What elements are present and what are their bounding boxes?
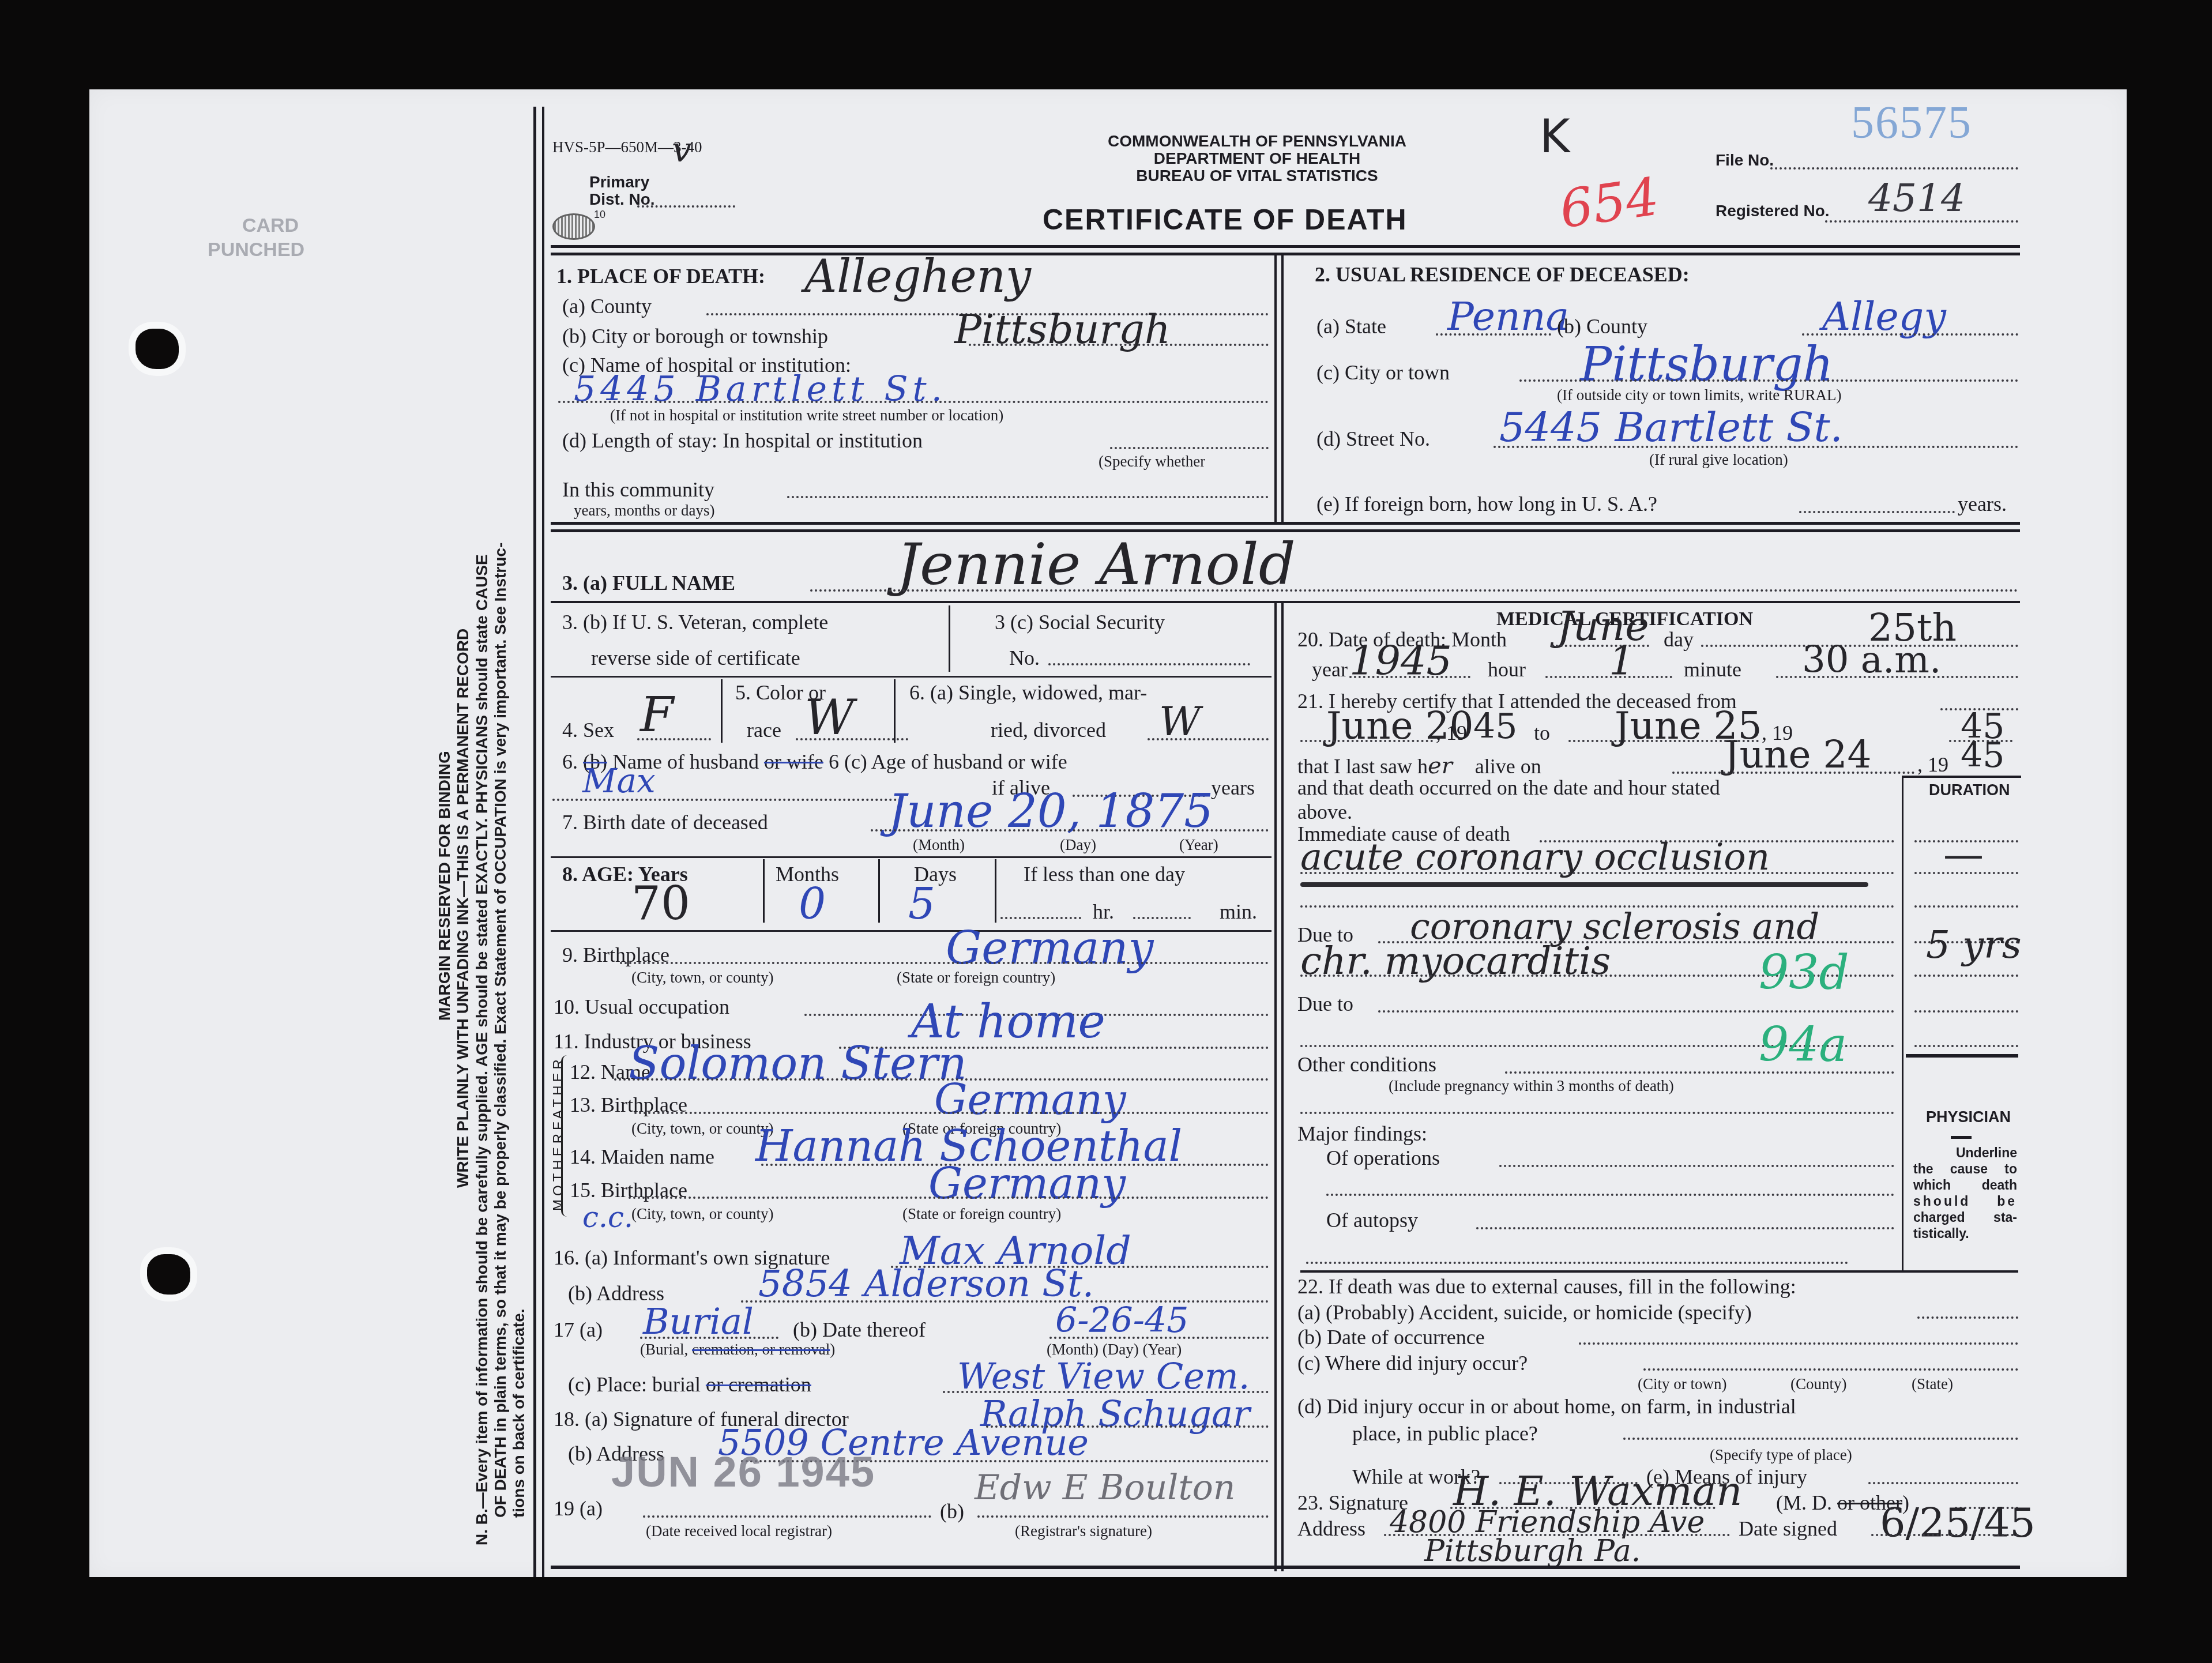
duration-heading: DURATION (1929, 781, 2010, 799)
age-months-value: 0 (799, 879, 826, 929)
community-hint: years, months or days) (574, 502, 714, 520)
marital-label-2: ried, divorced (991, 718, 1106, 742)
check-mark-annotation: v (672, 130, 691, 170)
due-to-1-duration: 5 yrs (1926, 923, 2022, 967)
form-left-border-inner (542, 107, 544, 1577)
major-findings-label: Major findings: (1297, 1122, 1427, 1146)
due-to-field-2[interactable] (1378, 1010, 1894, 1013)
attended-from-year: 45 (1473, 706, 1517, 747)
age-months-divider (763, 859, 765, 923)
registered-no-label: Registered No. (1716, 202, 1830, 220)
residence-street-label: (d) Street No. (1316, 427, 1430, 451)
informant-address-value: 5854 Alderson St. (758, 1263, 1094, 1305)
header-rule (551, 245, 2020, 248)
place-of-death-hospital-field[interactable] (558, 401, 1269, 403)
death-year-label: year (1312, 657, 1348, 682)
informant-address-field[interactable] (741, 1300, 1269, 1303)
occupation-label: 10. Usual occupation (554, 995, 729, 1019)
disposition-method-field[interactable] (640, 1337, 778, 1339)
father-name-value: Solomon Stern (629, 1038, 967, 1090)
full-name-value: Jennie Arnold (897, 530, 1296, 598)
father-birthplace-hint-city: (City, town, or county) (631, 1120, 773, 1138)
duration-mid-rule (1906, 1054, 2018, 1058)
residence-state-field[interactable] (1436, 333, 1551, 336)
death-hour-field[interactable] (1545, 676, 1672, 678)
immediate-duration-value: — (1943, 830, 1984, 878)
spouse-name-value: Max (582, 761, 656, 800)
duration-field-6[interactable] (1914, 1010, 2018, 1013)
section-divider (1274, 254, 1277, 522)
external-d-label-2: place, in public place? (1352, 1421, 1538, 1446)
registrar-date-hint: (Date received local registrar) (646, 1522, 832, 1540)
external-c-field[interactable] (1643, 1368, 2018, 1371)
foreign-born-field[interactable] (1799, 511, 1955, 513)
age-hr-label: hr. (1093, 900, 1114, 924)
residence-city-label: (c) City or town (1316, 360, 1450, 385)
residence-city-field[interactable] (1519, 379, 2018, 382)
physician-address-label: Address (1297, 1517, 1365, 1541)
margin-binding-note: MARGIN RESERVED FOR BINDING (435, 751, 454, 1021)
mother-birthplace-field[interactable] (629, 1197, 1269, 1199)
place-of-death-city-label: (b) City or borough or township (562, 324, 828, 348)
external-b-label: (b) Date of occurrence (1297, 1325, 1485, 1349)
date-signed-label: Date signed (1739, 1517, 1837, 1541)
spouse-name-field[interactable] (552, 799, 901, 801)
external-d-hint: (Specify type of place) (1710, 1446, 1852, 1464)
duration-field-5[interactable] (1914, 975, 2018, 977)
margin-nb-line2: OF DEATH in plain terms, so that it may … (491, 543, 510, 1518)
ssn-label-2: No. (1009, 646, 1040, 670)
disposition-date-value: 6-26-45 (1055, 1300, 1188, 1341)
certificate-title: CERTIFICATE OF DEATH (1043, 203, 1408, 236)
dist-no-field[interactable] (637, 205, 735, 208)
death-day-label: day (1664, 627, 1694, 652)
last-saw-date-value: June 24 (1724, 732, 1872, 777)
birthplace-field[interactable] (620, 962, 1269, 964)
veteran-label-1: 3. (b) If U. S. Veteran, complete (562, 610, 828, 634)
age-hours-field[interactable] (1000, 917, 1081, 919)
community-field[interactable] (787, 496, 1269, 498)
duration-field-3[interactable] (1914, 905, 2018, 908)
place-of-death-hospital-value: 5445 Bartlett St. (574, 369, 947, 409)
race-field[interactable] (796, 738, 908, 740)
place-of-death-heading: 1. PLACE OF DEATH: (556, 264, 765, 288)
issuer-line-3: BUREAU OF VITAL STATISTICS (1038, 167, 1476, 185)
operations-field[interactable] (1499, 1165, 1894, 1167)
death-minute-value: 30 a.m. (1802, 639, 1941, 682)
registered-no-field[interactable] (1825, 220, 2018, 223)
father-birthplace-value: Germany (934, 1075, 1126, 1124)
mother-birthplace-value: Germany (928, 1159, 1126, 1209)
registrar-signature-hint: (Registrar's signature) (1015, 1522, 1152, 1540)
sex-field[interactable] (637, 738, 711, 740)
classification-code-1: 93d (1759, 946, 1849, 1000)
other-conditions-field[interactable] (1505, 1071, 1894, 1074)
row-rule-7 (551, 856, 1271, 858)
age-minutes-field[interactable] (1133, 917, 1191, 919)
disposition-label: 17 (a) (554, 1318, 603, 1342)
veteran-ssn-divider (949, 605, 950, 672)
main-column-divider (1274, 603, 1277, 1571)
full-name-field[interactable] (810, 589, 2018, 592)
attended-from-year-prefix: , 19 (1436, 721, 1467, 745)
occurred-label-2: above. (1297, 800, 1352, 824)
autopsy-field-2[interactable] (1306, 1262, 1848, 1264)
parents-bracket (561, 1055, 569, 1217)
veteran-label-2: reverse side of certificate (591, 646, 800, 670)
last-saw-year-prefix: , 19 (1917, 753, 1948, 777)
other-conditions-hint: (Include pregnancy within 3 months of de… (1389, 1077, 1674, 1095)
registrar-signature-field[interactable] (977, 1515, 1269, 1518)
margin-nb-line3: tions on back of certificate. (510, 1308, 528, 1518)
autopsy-label: Of autopsy (1326, 1208, 1418, 1232)
issuer-line-2: DEPARTMENT OF HEALTH (1038, 150, 1476, 167)
disposition-date-field[interactable] (1049, 1337, 1269, 1339)
mother-birthplace-hint-city: (City, town, or county) (631, 1205, 773, 1223)
mother-birthplace-hint-state: (State or foreign country) (902, 1205, 1061, 1223)
attended-from-field[interactable] (1300, 740, 1433, 742)
disposition-place-label: (c) Place: burial or cremation (568, 1372, 811, 1397)
death-month-value: June (1557, 603, 1649, 650)
physician-note: Underline the cause to which death shoul… (1913, 1145, 2017, 1241)
age-less-divider (995, 859, 996, 923)
external-top-rule (1300, 1270, 2018, 1273)
name-rule (551, 601, 2020, 603)
file-no-label: File No. (1716, 151, 1774, 170)
age-min-label: min. (1220, 900, 1257, 924)
residence-county-field[interactable] (1802, 333, 2018, 336)
birth-date-field[interactable] (871, 829, 1269, 831)
section-rule-1 (551, 522, 2020, 525)
form-left-border (533, 107, 536, 1577)
classification-code-2: 94a (1759, 1018, 1847, 1073)
birth-hint-month: (Month) (913, 836, 965, 854)
spouse-age-suffix: years (1211, 776, 1255, 800)
k-annotation: K (1540, 110, 1570, 163)
sex-value: F (640, 686, 674, 743)
card-punched-stamp: CARD PUNCHED (208, 213, 304, 262)
race-value: W (804, 689, 854, 746)
date-signed-value: 6/25/45 (1880, 1499, 2036, 1547)
external-a-field[interactable] (1917, 1316, 2018, 1319)
header-rule-2 (551, 253, 2020, 255)
immediate-cause-underline (1300, 882, 1868, 887)
other-conditions-field-2[interactable] (1300, 1112, 1894, 1114)
age-days-value: 5 (908, 879, 935, 929)
mother-maiden-label: 14. Maiden name (570, 1145, 714, 1169)
birth-hint-year: (Year) (1179, 836, 1218, 854)
immediate-cause-field[interactable] (1300, 872, 1894, 874)
birth-date-label: 7. Birth date of deceased (562, 810, 768, 834)
union-bug-number: 10 (594, 209, 605, 221)
place-of-death-city-field[interactable] (969, 344, 1269, 346)
binding-hole-top (136, 329, 179, 369)
margin-permanent-record: WRITE PLAINLY WITH UNFADING INK—THIS IS … (454, 629, 472, 1188)
death-year-field[interactable] (1349, 676, 1470, 678)
residence-street-field[interactable] (1494, 446, 2018, 448)
duration-top-rule (1903, 776, 2021, 778)
residence-city-value: Pittsburgh (1580, 337, 1833, 392)
operations-field-2[interactable] (1326, 1194, 1894, 1196)
main-column-divider-2 (1281, 603, 1284, 1571)
date-signed-field[interactable] (1871, 1534, 2018, 1536)
sex-race-divider (721, 679, 723, 743)
age-less-label: If less than one day (1024, 862, 1185, 886)
external-c-label: (c) Where did injury occur? (1297, 1351, 1528, 1375)
primary-label: Primary (589, 173, 649, 191)
death-hour-label: hour (1488, 657, 1526, 682)
registrar-label-a: 19 (a) (554, 1496, 603, 1521)
age-days-divider (878, 859, 880, 923)
residence-heading: 2. USUAL RESIDENCE OF DECEASED: (1315, 262, 1690, 287)
father-birthplace-field[interactable] (634, 1112, 1269, 1114)
external-b-field[interactable] (1579, 1342, 2018, 1345)
due-to-label-2: Due to (1297, 992, 1353, 1016)
section-divider-2 (1281, 254, 1284, 522)
sex-label: 4. Sex (562, 718, 614, 742)
autopsy-field[interactable] (1476, 1227, 1894, 1229)
registrar-label-b: (b) (940, 1499, 964, 1523)
file-no-field[interactable] (1770, 167, 2018, 170)
foreign-born-suffix: years. (1958, 492, 2007, 516)
residence-state-label: (a) State (1316, 314, 1386, 338)
form-bottom-rule (551, 1566, 2020, 1569)
race-marital-divider (894, 679, 896, 743)
disposition-method-hint: (Burial, cremation, or removal) (640, 1341, 835, 1359)
full-name-label: 3. (a) FULL NAME (562, 571, 735, 595)
physician-note-dash (1951, 1136, 1972, 1139)
disposition-date-label: (b) Date thereof (793, 1318, 926, 1342)
physician-address-line2: Pittsburgh Pa. (1424, 1534, 1641, 1568)
death-minute-field[interactable] (1776, 676, 2018, 678)
external-a-label: (a) (Probably) Accident, suicide, or hom… (1297, 1300, 1752, 1325)
length-of-stay-hint: (Specify whether (1099, 453, 1205, 471)
duration-field-7[interactable] (1914, 1045, 2018, 1047)
external-heading: 22. If death was due to external causes,… (1297, 1274, 1796, 1299)
row-rule-8 (551, 930, 1271, 932)
operations-label: Of operations (1326, 1146, 1440, 1170)
marital-field[interactable] (1148, 738, 1269, 740)
duration-divider (1902, 776, 1903, 1271)
other-conditions-label: Other conditions (1297, 1052, 1436, 1077)
race-label-2: race (747, 718, 781, 742)
means-of-injury-field[interactable] (1868, 1482, 2018, 1484)
residence-street-value: 5445 Bartlett St. (1499, 404, 1843, 451)
residence-county-label: (b) County (1557, 314, 1647, 338)
birthplace-hint-city: (City, town, or county) (631, 969, 773, 987)
last-saw-year: 45 (1961, 735, 2004, 776)
printer-union-bug-icon (552, 213, 595, 240)
place-of-death-county-label: (a) County (562, 294, 652, 318)
ssn-label-1: 3 (c) Social Security (995, 610, 1165, 634)
birthplace-value: Germany (946, 923, 1154, 975)
physician-note-heading: PHYSICIAN (1926, 1108, 2011, 1126)
to-label: to (1534, 721, 1550, 745)
external-c-hint-city: (City or town) (1638, 1375, 1727, 1393)
birthplace-hint-state: (State or foreign country) (897, 969, 1055, 987)
ssn-field[interactable] (1048, 663, 1250, 665)
registrar-signature: Edw E Boulton (975, 1468, 1235, 1508)
margin-nb-line1: N. B.—Every item of information should b… (473, 554, 491, 1545)
residence-street-hint: (If rural give location) (1649, 451, 1788, 469)
occurred-label-1: and that death occurred on the date and … (1297, 776, 1720, 800)
row-rule-3b (551, 676, 1271, 678)
issuer-block: COMMONWEALTH OF PENNSYLVANIA DEPARTMENT … (1038, 133, 1476, 185)
length-of-stay-field[interactable] (1110, 447, 1269, 449)
age-years-value: 70 (631, 876, 690, 930)
external-d-field[interactable] (1623, 1438, 2018, 1440)
community-label: In this community (562, 477, 714, 502)
last-saw-date-field[interactable] (1672, 772, 1914, 774)
registered-no-value: 4514 (1868, 176, 1965, 220)
marital-label-1: 6. (a) Single, widowed, mar- (909, 680, 1147, 705)
registrar-date-field[interactable] (643, 1515, 931, 1518)
external-c-hint-state: (State) (1912, 1375, 1953, 1393)
issuer-line-1: COMMONWEALTH OF PENNSYLVANIA (1038, 133, 1476, 150)
registrar-date-stamp: JUN 26 1945 (611, 1447, 875, 1496)
place-of-death-hospital-hint: (If not in hospital or institution write… (610, 407, 1003, 424)
length-of-stay-label: (d) Length of stay: In hospital or insti… (562, 428, 923, 453)
residence-city-hint: (If outside city or town limits, write R… (1557, 386, 1841, 404)
foreign-born-label: (e) If foreign born, how long in U. S. A… (1316, 492, 1657, 516)
cc-annotation: c.c. (582, 1201, 633, 1234)
death-minute-label: minute (1684, 657, 1741, 682)
external-c-hint-county: (County) (1790, 1375, 1847, 1393)
duration-field-2[interactable] (1914, 872, 2018, 874)
place-of-death-county-value: Allegheny (804, 251, 1031, 303)
birth-hint-day: (Day) (1060, 836, 1096, 854)
file-number-stamp: 56575 (1851, 97, 1972, 149)
binding-hole-bottom (147, 1254, 190, 1295)
external-d-label-1: (d) Did injury occur in or about home, o… (1297, 1394, 1796, 1419)
